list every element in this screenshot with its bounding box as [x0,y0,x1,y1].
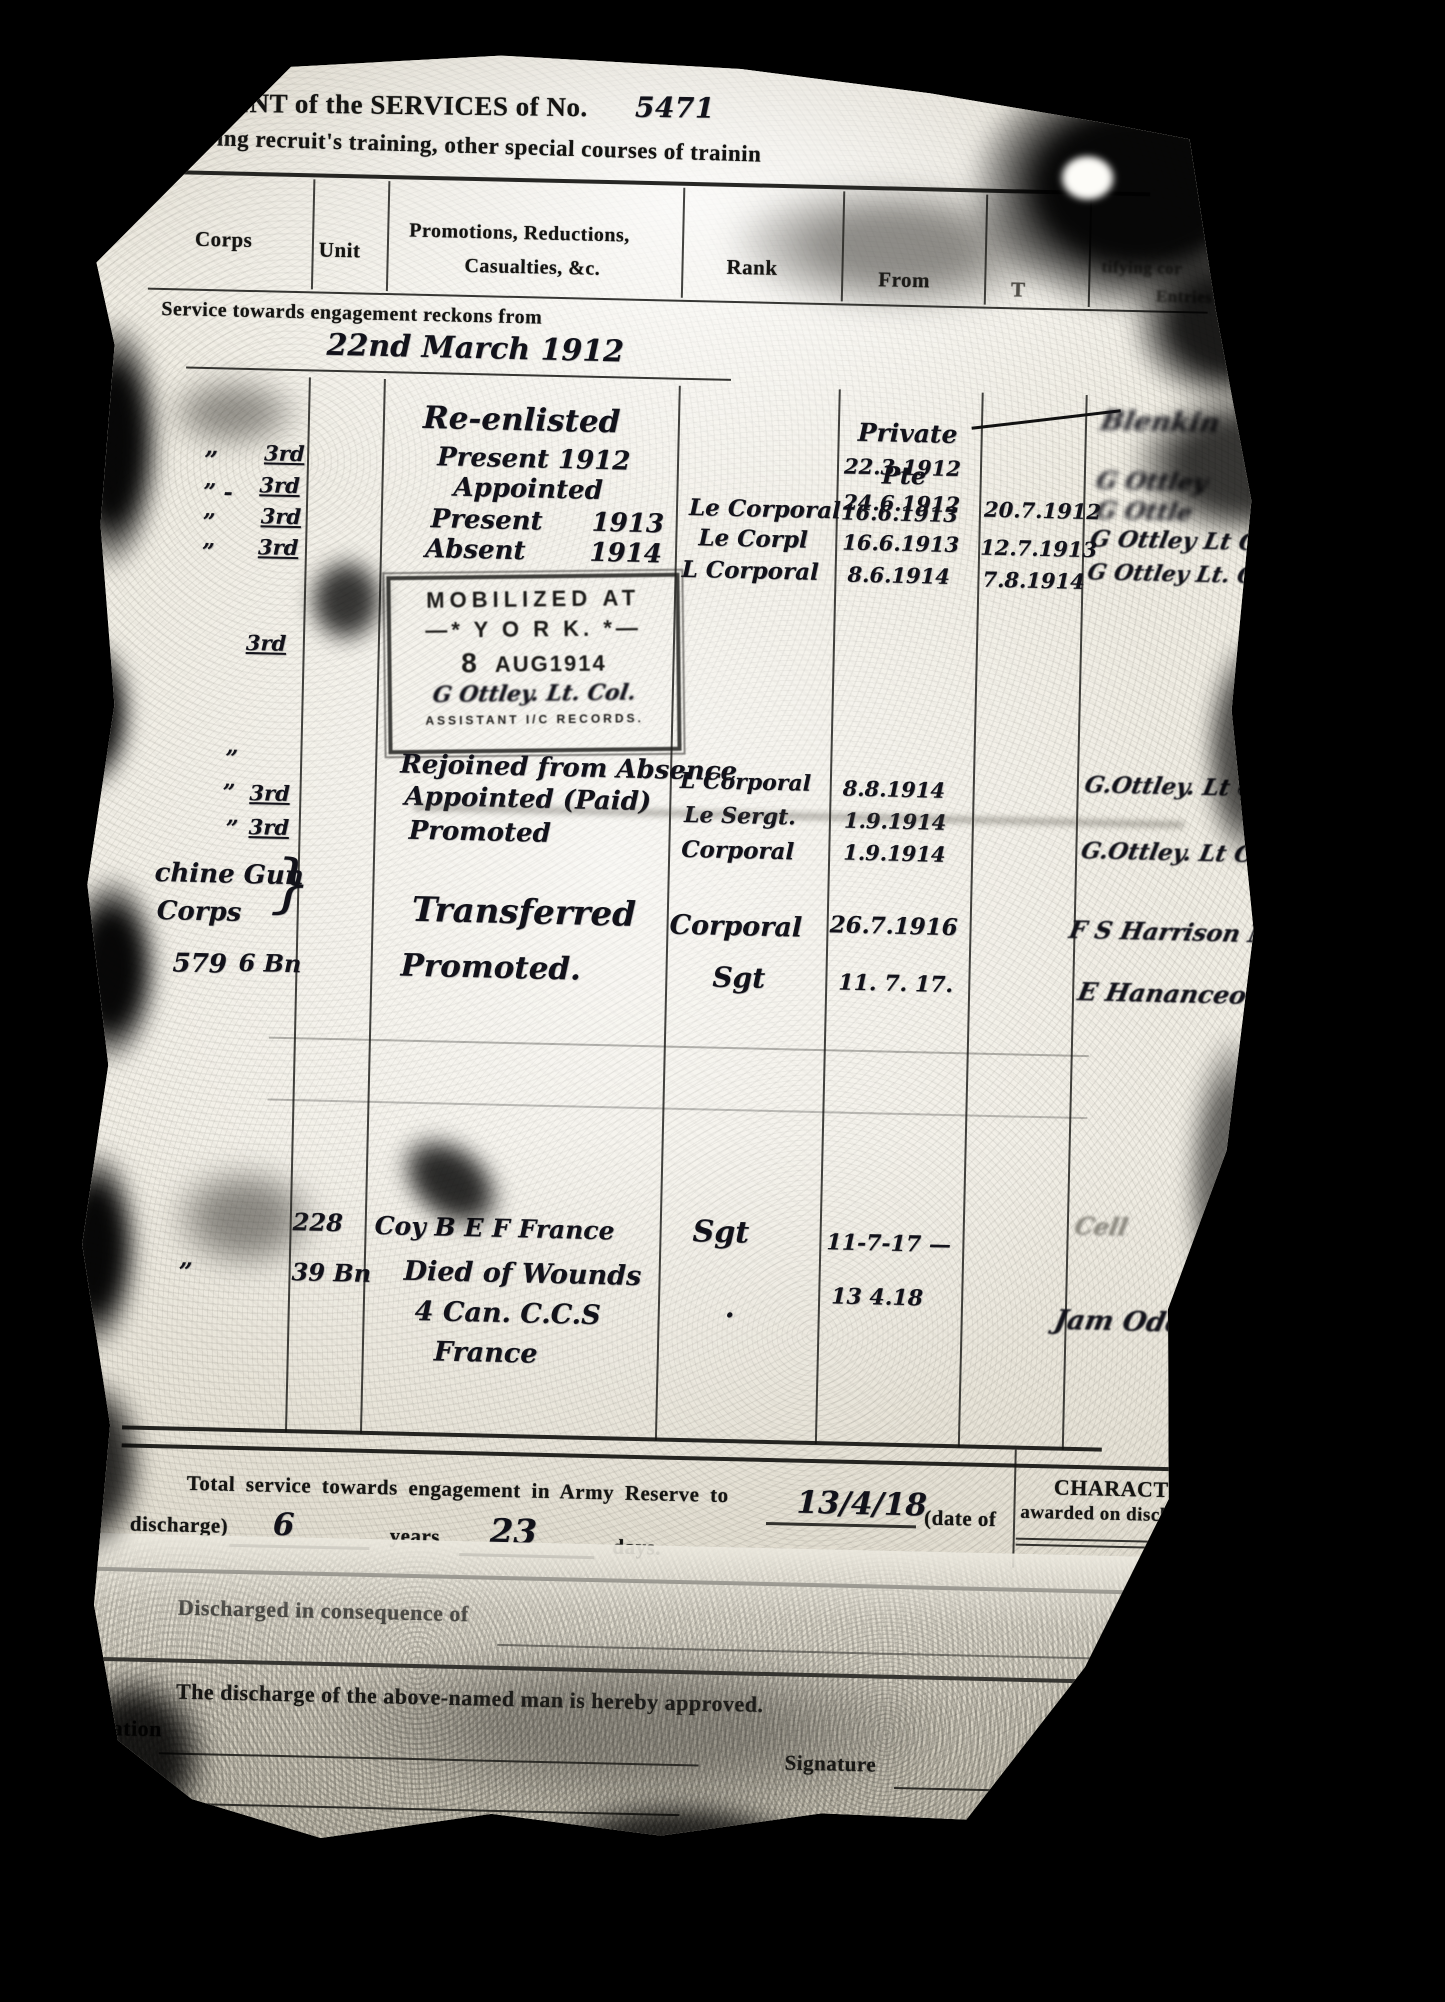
entry-event: Promoted. [400,948,581,988]
totals-line1-tail: (date of [924,1506,997,1533]
entry-event: Promoted [408,816,551,849]
entry-to: 12.7.1913 [980,535,1097,563]
entry-event: Appointed [453,473,603,506]
corps-brace: } [270,847,312,922]
entry-from: 11. 7. 17. [838,969,953,998]
entry-corps: ” [202,509,215,535]
entry-corps: ” [225,816,238,842]
entry-from: 16.6.1913 [841,499,958,527]
entry-rank: L Corporal [680,768,812,797]
dark-edge-left-2 [29,603,154,826]
entry-rank: Sgt [692,1214,749,1250]
table-line [311,179,315,289]
stamp-signature: G Ottley. Lt. Col. [390,679,679,709]
page-title: MENT of the SERVICES of No. 5471 [205,86,715,125]
col-header-promotions-1: Promotions, Reductions, [409,220,630,248]
smudge-diagonal [348,1084,552,1281]
entry-from: 8.6.1914 [847,562,950,589]
stamp-line-1: MOBILIZED AT [391,585,676,614]
entry-from: 13 4.18 [831,1283,923,1311]
dark-edge-left-4 [26,1103,163,1396]
totals-line1: Total service towards engagement in Army… [187,1471,729,1508]
stamp-day: 8 [461,647,477,678]
engagement-label: Service towards engagement reckons from [161,298,542,330]
entry-corps: ” - [203,479,233,506]
discharge-date-underline [766,1522,916,1528]
entry-event-line1: Died of Wounds [403,1256,641,1292]
entry-rank: Pte [882,460,927,490]
entry-unit: 3rd [259,472,300,498]
dark-edge-left-3 [37,833,183,1106]
stamp-footer: ASSISTANT I/C RECORDS. [392,711,677,728]
entry-event: Present 1912 [437,442,631,476]
entry-unit: 3rd [248,814,289,840]
date-label: Date [90,1765,137,1792]
character-box-rule-2 [1016,1544,1234,1551]
entry-rank: Le Corpl [698,524,808,553]
service-number-handwritten: 5471 [635,91,715,125]
entry-rank: Private [857,418,957,449]
entry-to: 7.8.1914 [982,567,1085,594]
entry-signature: Cell [1072,1211,1130,1241]
stamp-month-year: AUG1914 [495,651,607,677]
title-text: MENT of the SERVICES of No. [205,88,588,123]
entry-from: 16.6.1913 [842,529,959,557]
col-header-corps: Corps [195,227,253,253]
entry-rank: Corporal [669,910,802,944]
entry-unit: 3rd [258,534,299,560]
dark-edge-right-2 [1161,969,1300,1392]
entry-unit: 3rd [260,503,301,529]
entry-event: Re-enlisted [423,400,621,440]
entry-from: 8.8.1914 [842,776,945,803]
character-box-line1: CHARACTER [1054,1475,1201,1504]
entry-signature: G.Ottley. Lt Col [1082,771,1283,802]
discharge-date-handwritten: 13/4/18 [796,1485,927,1524]
character-box-line2: awarded on discharge. [1020,1502,1214,1528]
entry-event-line3: France [433,1336,537,1369]
entry-signature: G Ottley Lt. Col. [1085,559,1288,589]
stamp-date: 8 AUG1914 [391,645,676,680]
entry-rank: . [725,1291,735,1324]
stamp-unit: 3rd [246,630,287,656]
entry-unit: 3rd [249,780,290,806]
entry-to: 20.7.1912 [984,497,1101,525]
entry-unit: 6 Bn [238,948,301,978]
entry-signature: F S Harrison Major [1067,915,1331,950]
entry-from: 26.7.1916 [829,911,958,941]
entry-corps: ” [225,746,238,772]
entry-from: 11-7-17 — [826,1229,951,1258]
mobilized-stamp: MOBILIZED AT —* Y O R K. *— 8 AUG1914 G … [386,573,681,755]
entry-corps: ” [222,779,235,805]
entry-rank: Corporal [681,836,795,866]
entry-corps: ” [202,539,215,565]
col-header-unit: Unit [319,238,361,264]
entry-event: Absent 1914 [425,534,662,569]
entry-event: Transferred [411,890,636,935]
paper-sheet: MENT of the SERVICES of No. 5471 Showing… [61,45,1276,1866]
entry-rank: L Corporal [681,556,819,586]
faint-row-line [267,1099,1087,1120]
entry-from: 1.9.1914 [843,840,946,867]
entry-signature: Jam Odell Lieut [1052,1305,1294,1341]
table-line [386,181,390,291]
page-subtitle: Showing recruit's training, other specia… [161,124,762,168]
col-header-promotions-2: Casualties, &c. [464,255,600,281]
stamp-line-2: —* Y O R K. *— [391,615,676,644]
entry-rank: Sgt [712,961,765,995]
entry-event-line2: 4 Can. C.C.S [414,1296,601,1331]
scanned-service-record: MENT of the SERVICES of No. 5471 Showing… [0,0,1445,2002]
engagement-date-handwritten: 22nd March 1912 [326,328,624,370]
faint-row-line [269,1037,1089,1058]
entry-rank: Le Corporal [689,494,841,524]
dark-edge-right-1 [1182,589,1309,912]
